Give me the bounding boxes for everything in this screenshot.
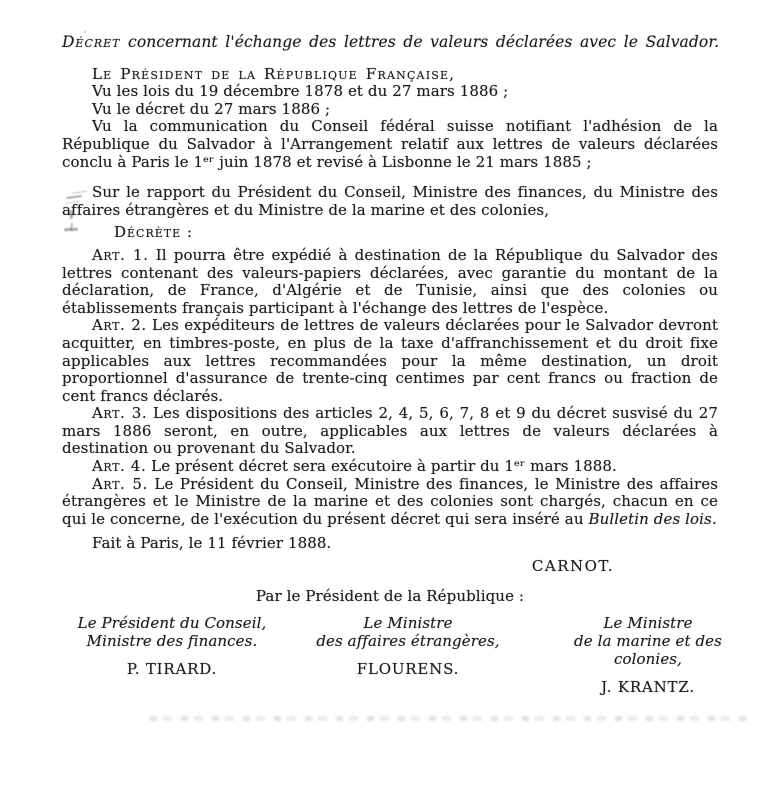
article-4-label: Art. 4. <box>92 457 146 475</box>
article-1: Art. 1. Il pourra être expédié à destina… <box>62 247 718 317</box>
article-1-text: Il pourra être expédié à destination de … <box>62 246 718 317</box>
article-5-label: Art. 5. <box>92 475 148 493</box>
article-3-text: Les dispositions des articles 2, 4, 5, 6… <box>62 404 718 457</box>
signer-title-line: de la marine et des colonies, <box>538 632 758 668</box>
signer-title-line: Ministre des finances. <box>62 632 282 650</box>
signer-name: FLOURENS. <box>288 661 528 679</box>
decree-page: Décret concernant l'échange des lettres … <box>62 34 718 704</box>
article-1-label: Art. 1. <box>92 246 149 264</box>
article-4-text: Le présent décret sera exécutoire à part… <box>146 457 617 475</box>
document-title: Décret concernant l'échange des lettres … <box>62 34 718 52</box>
signer-name: J. KRANTZ. <box>538 679 758 697</box>
countersignature-conseil: Le Président du Conseil, Ministre des fi… <box>62 614 282 679</box>
article-3-label: Art. 3. <box>92 404 147 422</box>
title-lead-word: Décret <box>62 33 121 51</box>
dateline: Fait à Paris, le 11 février 1888. <box>62 535 718 553</box>
countersignature-affaires-etrangeres: Le Ministre des affaires étrangères, FLO… <box>288 614 528 679</box>
title-rest: concernant l'échange des lettres de vale… <box>121 33 720 51</box>
opening-formula: Le Président de la République Française, <box>62 66 718 84</box>
article-2: Art. 2. Les expéditeurs de lettres de va… <box>62 317 718 405</box>
signer-title-line: Le Président du Conseil, <box>62 614 282 632</box>
article-2-label: Art. 2. <box>92 316 147 334</box>
visa-report: Sur le rapport du Président du Conseil, … <box>62 184 718 219</box>
visa-communication: Vu la communication du Conseil fédéral s… <box>62 118 718 171</box>
visa-decree: Vu le décret du 27 mars 1886 ; <box>62 101 718 119</box>
article-4: Art. 4. Le présent décret sera exécutoir… <box>62 458 718 476</box>
signer-title-line: Le Ministre <box>288 614 528 632</box>
president-signature: CARNOT. <box>62 558 718 576</box>
countersign-heading: Par le Président de la République : <box>62 588 718 606</box>
article-2-text: Les expéditeurs de lettres de valeurs dé… <box>62 316 718 404</box>
countersignature-block: Le Président du Conseil, Ministre des fi… <box>62 614 718 704</box>
countersignature-marine-colonies: Le Ministre de la marine et des colonies… <box>538 614 758 697</box>
article-5-italic-citation: Bulletin des lois. <box>588 510 716 528</box>
signer-title-line: des affaires étrangères, <box>288 632 528 650</box>
scan-noise-band <box>150 716 750 721</box>
signer-title-line: Le Ministre <box>538 614 758 632</box>
article-3: Art. 3. Les dispositions des articles 2,… <box>62 405 718 458</box>
signer-name: P. TIRARD. <box>62 661 282 679</box>
article-5: Art. 5. Le Président du Conseil, Ministr… <box>62 476 718 529</box>
visa-laws: Vu les lois du 19 décembre 1878 et du 27… <box>62 83 718 101</box>
decree-word: Décrète : <box>62 224 718 242</box>
